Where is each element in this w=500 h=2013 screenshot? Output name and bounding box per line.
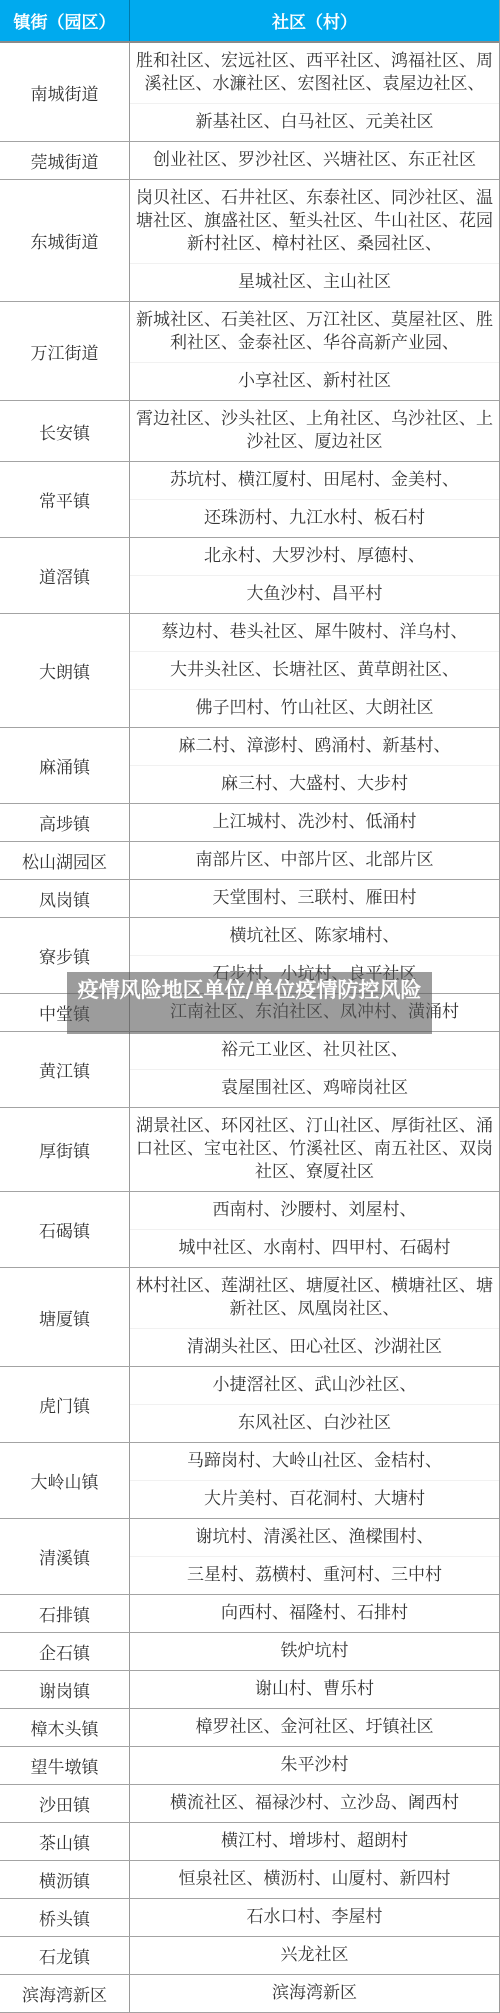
community-subrow: 佛子凹村、竹山社区、大朗社区	[130, 690, 499, 727]
community-subrow: 东风社区、白沙社区	[130, 1405, 499, 1442]
community-subrow: 石水口村、李屋村	[130, 1899, 499, 1936]
table-row: 沙田镇横流社区、福禄沙村、立沙岛、阇西村	[0, 1785, 499, 1823]
town-cell: 大岭山镇	[0, 1443, 130, 1518]
community-list-text: 袁屋围社区、鸡啼岗社区	[133, 1077, 496, 1100]
table-row: 大岭山镇马蹄岗村、大岭山社区、金桔村、大片美村、百花洞村、大塘村	[0, 1443, 499, 1519]
community-list-text: 林村社区、莲湖社区、塘厦社区、横塘社区、塘	[133, 1275, 496, 1298]
community-list-text: 上江城村、冼沙村、低涌村	[133, 811, 496, 834]
table-row: 南城街道胜和社区、宏远社区、西平社区、鸿福社区、周溪社区、水濂社区、宏图社区、袁…	[0, 43, 499, 142]
community-subrow: 天堂围村、三联村、雁田村	[130, 880, 499, 917]
community-list-text: 三星村、荔横村、重河村、三中村	[133, 1564, 496, 1587]
community-subrow: 横坑社区、陈家埔村、	[130, 918, 499, 956]
community-list-text: 谢山村、曹乐村	[133, 1678, 496, 1701]
community-list-text: 横坑社区、陈家埔村、	[133, 925, 496, 948]
community-list-text: 新城社区、石美社区、万江社区、莫屋社区、胜	[133, 309, 496, 332]
table-row: 望牛墩镇朱平沙村	[0, 1747, 499, 1785]
community-list-text: 向西村、福隆村、石排村	[133, 1602, 496, 1625]
community-cell: 苏坑村、横江厦村、田尾村、金美村、还珠沥村、九江水村、板石村	[130, 462, 499, 537]
town-cell: 虎门镇	[0, 1367, 130, 1442]
community-subrow: 上江城村、冼沙村、低涌村	[130, 804, 499, 841]
community-list-text: 还珠沥村、九江水村、板石村	[133, 507, 496, 530]
table-row: 滨海湾新区滨海湾新区	[0, 1975, 499, 2013]
table-row: 樟木头镇樟罗社区、金河社区、圩镇社区	[0, 1709, 499, 1747]
community-cell: 樟罗社区、金河社区、圩镇社区	[130, 1709, 499, 1746]
town-cell: 莞城街道	[0, 142, 130, 179]
table-row: 塘厦镇林村社区、莲湖社区、塘厦社区、横塘社区、塘新社区、凤凰岗社区、清湖头社区、…	[0, 1268, 499, 1367]
community-cell: 小捷滘社区、武山沙社区、东风社区、白沙社区	[130, 1367, 499, 1442]
table-row: 虎门镇小捷滘社区、武山沙社区、东风社区、白沙社区	[0, 1367, 499, 1443]
table-row: 凤岗镇天堂围村、三联村、雁田村	[0, 880, 499, 918]
community-cell: 湖景社区、环冈社区、汀山社区、厚街社区、涌口社区、宝屯社区、竹溪社区、南五社区、…	[130, 1108, 499, 1191]
table-header: 镇街（园区） 社区（村）	[0, 0, 499, 43]
community-cell: 恒泉社区、横沥村、山厦村、新四村	[130, 1861, 499, 1898]
table-row: 桥头镇石水口村、李屋村	[0, 1899, 499, 1937]
community-subrow: 新城社区、石美社区、万江社区、莫屋社区、胜利社区、金泰社区、华谷高新产业园、	[130, 302, 499, 363]
community-subrow: 谢坑村、清溪社区、渔樑围村、	[130, 1519, 499, 1557]
community-subrow: 袁屋围社区、鸡啼岗社区	[130, 1070, 499, 1107]
community-cell: 北永村、大罗沙村、厚德村、大鱼沙村、昌平村	[130, 538, 499, 613]
community-list-text: 新村社区、樟村社区、桑园社区、	[133, 233, 496, 256]
town-cell: 望牛墩镇	[0, 1747, 130, 1784]
table-row: 石碣镇西南村、沙腰村、刘屋村、城中社区、水南村、四甲村、石碣村	[0, 1192, 499, 1268]
community-list-text: 滨海湾新区	[133, 1982, 496, 2005]
community-subrow: 滨海湾新区	[130, 1975, 499, 2012]
town-cell: 麻涌镇	[0, 728, 130, 803]
caption-overlay-banner: 疫情风险地区单位/单位疫情防控风险	[67, 972, 432, 1034]
table-row: 厚街镇湖景社区、环冈社区、汀山社区、厚街社区、涌口社区、宝屯社区、竹溪社区、南五…	[0, 1108, 499, 1192]
table-row: 高埗镇上江城村、冼沙村、低涌村	[0, 804, 499, 842]
community-subrow: 麻二村、漳澎村、鸥涌村、新基村、	[130, 728, 499, 766]
town-cell: 石碣镇	[0, 1192, 130, 1267]
community-subrow: 北永村、大罗沙村、厚德村、	[130, 538, 499, 576]
community-subrow: 星城社区、主山社区	[130, 264, 499, 301]
community-list-text: 大鱼沙村、昌平村	[133, 583, 496, 606]
town-cell: 高埗镇	[0, 804, 130, 841]
community-cell: 朱平沙村	[130, 1747, 499, 1784]
community-list-text: 星城社区、主山社区	[133, 271, 496, 294]
town-cell: 塘厦镇	[0, 1268, 130, 1366]
table-row: 东城街道岗贝社区、石井社区、东泰社区、同沙社区、温塘社区、旗盛社区、堑头社区、牛…	[0, 180, 499, 302]
town-cell: 南城街道	[0, 43, 130, 141]
community-list-text: 马蹄岗村、大岭山社区、金桔村、	[133, 1450, 496, 1473]
community-cell: 滨海湾新区	[130, 1975, 499, 2012]
community-list-text: 大片美村、百花洞村、大塘村	[133, 1488, 496, 1511]
community-list-text: 苏坑村、横江厦村、田尾村、金美村、	[133, 469, 496, 492]
community-subrow: 马蹄岗村、大岭山社区、金桔村、	[130, 1443, 499, 1481]
community-cell: 兴龙社区	[130, 1937, 499, 1974]
table-row: 横沥镇恒泉社区、横沥村、山厦村、新四村	[0, 1861, 499, 1899]
community-list-text: 南部片区、中部片区、北部片区	[133, 849, 496, 872]
community-subrow: 还珠沥村、九江水村、板石村	[130, 500, 499, 537]
community-cell: 天堂围村、三联村、雁田村	[130, 880, 499, 917]
community-list-text: 东风社区、白沙社区	[133, 1412, 496, 1435]
town-cell: 横沥镇	[0, 1861, 130, 1898]
community-subrow: 朱平沙村	[130, 1747, 499, 1784]
table-row: 谢岗镇谢山村、曹乐村	[0, 1671, 499, 1709]
community-list-text: 社区、寮厦社区	[133, 1161, 496, 1184]
community-list-text: 麻二村、漳澎村、鸥涌村、新基村、	[133, 735, 496, 758]
community-list-text: 口社区、宝屯社区、竹溪社区、南五社区、双岗	[133, 1138, 496, 1161]
community-list-text: 大井头社区、长塘社区、黄草朗社区、	[133, 659, 496, 682]
community-subrow: 岗贝社区、石井社区、东泰社区、同沙社区、温塘社区、旗盛社区、堑头社区、牛山社区、…	[130, 180, 499, 264]
community-list-text: 樟罗社区、金河社区、圩镇社区	[133, 1716, 496, 1739]
community-list-text: 小捷滘社区、武山沙社区、	[133, 1374, 496, 1397]
community-list-text: 铁炉坑村	[133, 1640, 496, 1663]
table-row: 常平镇苏坑村、横江厦村、田尾村、金美村、还珠沥村、九江水村、板石村	[0, 462, 499, 538]
community-cell: 岗贝社区、石井社区、东泰社区、同沙社区、温塘社区、旗盛社区、堑头社区、牛山社区、…	[130, 180, 499, 301]
community-list-text: 兴龙社区	[133, 1944, 496, 1967]
town-cell: 清溪镇	[0, 1519, 130, 1594]
town-cell: 凤岗镇	[0, 880, 130, 917]
community-subrow: 小享社区、新村社区	[130, 363, 499, 400]
community-list-text: 创业社区、罗沙社区、兴塘社区、东正社区	[133, 149, 496, 172]
town-cell: 桥头镇	[0, 1899, 130, 1936]
table-row: 麻涌镇麻二村、漳澎村、鸥涌村、新基村、麻三村、大盛村、大步村	[0, 728, 499, 804]
table-row: 企石镇铁炉坑村	[0, 1633, 499, 1671]
community-cell: 林村社区、莲湖社区、塘厦社区、横塘社区、塘新社区、凤凰岗社区、清湖头社区、田心社…	[130, 1268, 499, 1366]
community-subrow: 苏坑村、横江厦村、田尾村、金美村、	[130, 462, 499, 500]
community-list-text: 霄边社区、沙头社区、上角社区、乌沙社区、上	[133, 408, 496, 431]
community-cell: 霄边社区、沙头社区、上角社区、乌沙社区、上沙社区、厦边社区	[130, 401, 499, 461]
town-cell: 松山湖园区	[0, 842, 130, 879]
community-cell: 蔡边村、巷头社区、犀牛陂村、洋乌村、大井头社区、长塘社区、黄草朗社区、佛子凹村、…	[130, 614, 499, 727]
community-cell: 横江村、增埗村、超朗村	[130, 1823, 499, 1860]
community-list-text: 朱平沙村	[133, 1754, 496, 1777]
town-cell: 长安镇	[0, 401, 130, 461]
community-subrow: 新基社区、白马社区、元美社区	[130, 104, 499, 141]
community-subrow: 谢山村、曹乐村	[130, 1671, 499, 1708]
town-cell: 樟木头镇	[0, 1709, 130, 1746]
town-cell: 常平镇	[0, 462, 130, 537]
community-list-text: 湖景社区、环冈社区、汀山社区、厚街社区、涌	[133, 1115, 496, 1138]
community-cell: 石水口村、李屋村	[130, 1899, 499, 1936]
community-list-text: 佛子凹村、竹山社区、大朗社区	[133, 697, 496, 720]
community-subrow: 兴龙社区	[130, 1937, 499, 1974]
community-cell: 创业社区、罗沙社区、兴塘社区、东正社区	[130, 142, 499, 179]
town-cell: 东城街道	[0, 180, 130, 301]
community-subrow: 胜和社区、宏远社区、西平社区、鸿福社区、周溪社区、水濂社区、宏图社区、袁屋边社区…	[130, 43, 499, 104]
community-cell: 谢山村、曹乐村	[130, 1671, 499, 1708]
page: 镇街（园区） 社区（村） 南城街道胜和社区、宏远社区、西平社区、鸿福社区、周溪社…	[0, 0, 500, 2013]
community-list-text: 城中社区、水南村、四甲村、石碣村	[133, 1237, 496, 1260]
community-list-text: 裕元工业区、社贝社区、	[133, 1039, 496, 1062]
community-subrow: 林村社区、莲湖社区、塘厦社区、横塘社区、塘新社区、凤凰岗社区、	[130, 1268, 499, 1329]
community-subrow: 西南村、沙腰村、刘屋村、	[130, 1192, 499, 1230]
community-subrow: 创业社区、罗沙社区、兴塘社区、东正社区	[130, 142, 499, 179]
town-cell: 沙田镇	[0, 1785, 130, 1822]
town-cell: 滨海湾新区	[0, 1975, 130, 2012]
community-list-text: 胜和社区、宏远社区、西平社区、鸿福社区、周	[133, 50, 496, 73]
town-cell: 企石镇	[0, 1633, 130, 1670]
table-row: 大朗镇蔡边村、巷头社区、犀牛陂村、洋乌村、大井头社区、长塘社区、黄草朗社区、佛子…	[0, 614, 499, 728]
table-row: 莞城街道创业社区、罗沙社区、兴塘社区、东正社区	[0, 142, 499, 180]
town-cell: 石龙镇	[0, 1937, 130, 1974]
community-list-text: 利社区、金泰社区、华谷高新产业园、	[133, 332, 496, 355]
community-list-text: 岗贝社区、石井社区、东泰社区、同沙社区、温	[133, 187, 496, 210]
community-cell: 横流社区、福禄沙村、立沙岛、阇西村	[130, 1785, 499, 1822]
community-cell: 向西村、福隆村、石排村	[130, 1595, 499, 1632]
header-community-column: 社区（村）	[130, 0, 499, 41]
community-list-text: 天堂围村、三联村、雁田村	[133, 887, 496, 910]
header-town-column: 镇街（园区）	[0, 0, 130, 41]
community-list-text: 麻三村、大盛村、大步村	[133, 773, 496, 796]
community-subrow: 向西村、福隆村、石排村	[130, 1595, 499, 1632]
community-list-text: 新社区、凤凰岗社区、	[133, 1298, 496, 1321]
community-list-text: 清湖头社区、田心社区、沙湖社区	[133, 1336, 496, 1359]
community-cell: 南部片区、中部片区、北部片区	[130, 842, 499, 879]
community-subrow: 南部片区、中部片区、北部片区	[130, 842, 499, 879]
community-list-text: 谢坑村、清溪社区、渔樑围村、	[133, 1526, 496, 1549]
community-subrow: 蔡边村、巷头社区、犀牛陂村、洋乌村、	[130, 614, 499, 652]
community-subrow: 横流社区、福禄沙村、立沙岛、阇西村	[130, 1785, 499, 1822]
community-cell: 谢坑村、清溪社区、渔樑围村、三星村、荔横村、重河村、三中村	[130, 1519, 499, 1594]
community-subrow: 铁炉坑村	[130, 1633, 499, 1670]
community-list-text: 石水口村、李屋村	[133, 1906, 496, 1929]
community-subrow: 小捷滘社区、武山沙社区、	[130, 1367, 499, 1405]
community-subrow: 恒泉社区、横沥村、山厦村、新四村	[130, 1861, 499, 1898]
community-subrow: 裕元工业区、社贝社区、	[130, 1032, 499, 1070]
community-cell: 裕元工业区、社贝社区、袁屋围社区、鸡啼岗社区	[130, 1032, 499, 1107]
community-cell: 上江城村、冼沙村、低涌村	[130, 804, 499, 841]
table-row: 清溪镇谢坑村、清溪社区、渔樑围村、三星村、荔横村、重河村、三中村	[0, 1519, 499, 1595]
community-list-text: 蔡边村、巷头社区、犀牛陂村、洋乌村、	[133, 621, 496, 644]
town-cell: 茶山镇	[0, 1823, 130, 1860]
community-subrow: 三星村、荔横村、重河村、三中村	[130, 1557, 499, 1594]
community-subrow: 大片美村、百花洞村、大塘村	[130, 1481, 499, 1518]
community-subrow: 城中社区、水南村、四甲村、石碣村	[130, 1230, 499, 1267]
town-cell: 谢岗镇	[0, 1671, 130, 1708]
table-row: 松山湖园区南部片区、中部片区、北部片区	[0, 842, 499, 880]
table-row: 黄江镇裕元工业区、社贝社区、袁屋围社区、鸡啼岗社区	[0, 1032, 499, 1108]
community-subrow: 湖景社区、环冈社区、汀山社区、厚街社区、涌口社区、宝屯社区、竹溪社区、南五社区、…	[130, 1108, 499, 1191]
community-subrow: 大鱼沙村、昌平村	[130, 576, 499, 613]
town-cell: 万江街道	[0, 302, 130, 400]
town-cell: 道滘镇	[0, 538, 130, 613]
community-cell: 胜和社区、宏远社区、西平社区、鸿福社区、周溪社区、水濂社区、宏图社区、袁屋边社区…	[130, 43, 499, 141]
community-subrow: 清湖头社区、田心社区、沙湖社区	[130, 1329, 499, 1366]
town-cell: 石排镇	[0, 1595, 130, 1632]
community-list-text: 小享社区、新村社区	[133, 370, 496, 393]
community-subrow: 霄边社区、沙头社区、上角社区、乌沙社区、上沙社区、厦边社区	[130, 401, 499, 461]
community-list-text: 新基社区、白马社区、元美社区	[133, 111, 496, 134]
community-list-text: 塘社区、旗盛社区、堑头社区、牛山社区、花园	[133, 210, 496, 233]
table-row: 石龙镇兴龙社区	[0, 1937, 499, 1975]
table-row: 长安镇霄边社区、沙头社区、上角社区、乌沙社区、上沙社区、厦边社区	[0, 401, 499, 462]
table-row: 石排镇向西村、福隆村、石排村	[0, 1595, 499, 1633]
community-cell: 西南村、沙腰村、刘屋村、城中社区、水南村、四甲村、石碣村	[130, 1192, 499, 1267]
community-list-text: 北永村、大罗沙村、厚德村、	[133, 545, 496, 568]
community-list-text: 溪社区、水濂社区、宏图社区、袁屋边社区、	[133, 73, 496, 96]
community-list-text: 沙社区、厦边社区	[133, 431, 496, 454]
town-cell: 黄江镇	[0, 1032, 130, 1107]
table-row: 万江街道新城社区、石美社区、万江社区、莫屋社区、胜利社区、金泰社区、华谷高新产业…	[0, 302, 499, 401]
community-subrow: 樟罗社区、金河社区、圩镇社区	[130, 1709, 499, 1746]
community-list-text: 恒泉社区、横沥村、山厦村、新四村	[133, 1868, 496, 1891]
community-cell: 马蹄岗村、大岭山社区、金桔村、大片美村、百花洞村、大塘村	[130, 1443, 499, 1518]
community-list-text: 横江村、增埗村、超朗村	[133, 1830, 496, 1853]
community-cell: 新城社区、石美社区、万江社区、莫屋社区、胜利社区、金泰社区、华谷高新产业园、小享…	[130, 302, 499, 400]
town-cell: 厚街镇	[0, 1108, 130, 1191]
table-row: 茶山镇横江村、增埗村、超朗村	[0, 1823, 499, 1861]
community-list-text: 横流社区、福禄沙村、立沙岛、阇西村	[133, 1792, 496, 1815]
town-cell: 大朗镇	[0, 614, 130, 727]
community-cell: 铁炉坑村	[130, 1633, 499, 1670]
community-cell: 麻二村、漳澎村、鸥涌村、新基村、麻三村、大盛村、大步村	[130, 728, 499, 803]
community-subrow: 横江村、增埗村、超朗村	[130, 1823, 499, 1860]
community-list-text: 西南村、沙腰村、刘屋村、	[133, 1199, 496, 1222]
community-subrow: 麻三村、大盛村、大步村	[130, 766, 499, 803]
table-row: 道滘镇北永村、大罗沙村、厚德村、大鱼沙村、昌平村	[0, 538, 499, 614]
community-subrow: 大井头社区、长塘社区、黄草朗社区、	[130, 652, 499, 690]
